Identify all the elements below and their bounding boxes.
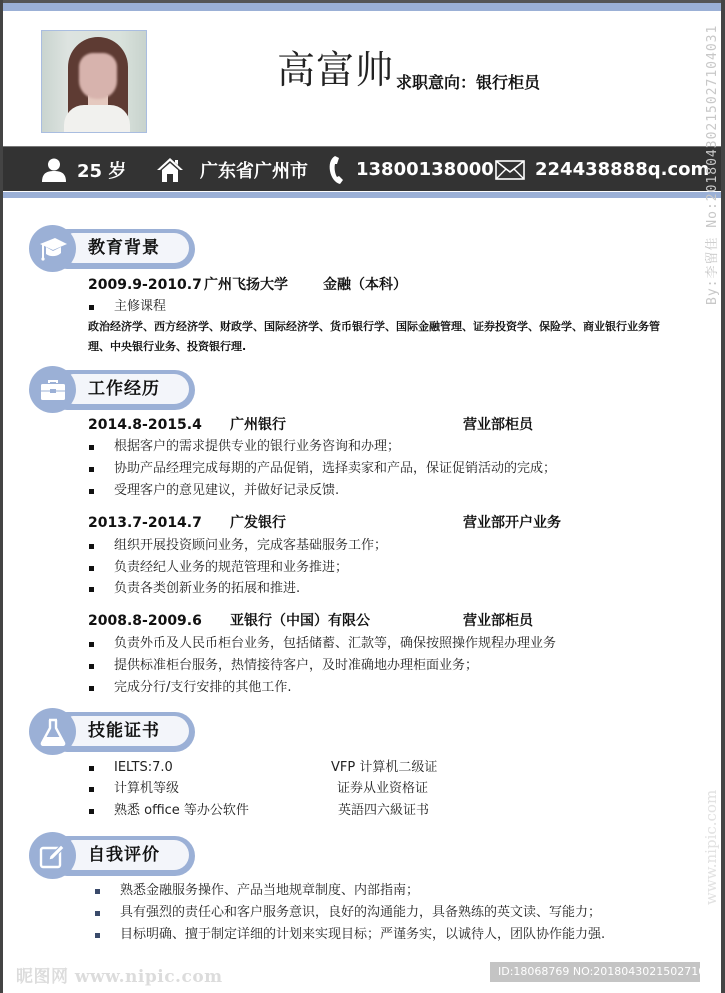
work-position: 营业部柜员 bbox=[463, 416, 533, 434]
contact-bar: 25 岁 广东省广州市 13800138000 224438888q.com bbox=[3, 146, 721, 191]
education-period: 2009.9-2010.7 bbox=[88, 276, 202, 294]
section-header-skills: 技能证书 bbox=[29, 708, 199, 756]
work-period: 2014.8-2015.4 bbox=[88, 416, 202, 434]
section-header-education: 教育背景 bbox=[29, 225, 199, 273]
email-text: 224438888q.com bbox=[535, 159, 709, 180]
skill-item-right: 英語四六級证书 bbox=[338, 802, 429, 820]
watermark-vertical-top: By:李留佳 No:20180430215027104031 bbox=[699, 20, 719, 320]
photo-dress bbox=[64, 105, 130, 133]
home-icon bbox=[156, 157, 184, 183]
work-period: 2008.8-2009.6 bbox=[88, 612, 202, 630]
skill-item-right: 证券从业资格证 bbox=[337, 780, 428, 798]
profile-photo bbox=[41, 30, 147, 133]
courses-line-2: 理、中央银行业务、投资银行理. bbox=[88, 337, 663, 357]
briefcase-icon bbox=[40, 379, 66, 401]
contact-email: 224438888q.com bbox=[495, 147, 709, 192]
age-text: 25 岁 bbox=[77, 157, 126, 183]
phone-icon bbox=[329, 155, 347, 185]
section-title-self-eval: 自我评价 bbox=[88, 842, 160, 868]
watermark-bottom-left: 昵图网 www.nipic.com bbox=[16, 962, 223, 987]
phone-text: 13800138000 bbox=[356, 159, 494, 180]
education-courses: 政治经济学、西方经济学、财政学、国际经济学、货币银行学、国际金融管理、证券投资学… bbox=[88, 317, 663, 357]
work-position: 营业部柜员 bbox=[463, 612, 533, 630]
flask-icon bbox=[40, 718, 66, 746]
person-icon bbox=[41, 158, 67, 182]
section-title-education: 教育背景 bbox=[88, 235, 160, 261]
work-position: 营业部开户业务 bbox=[463, 514, 561, 532]
contact-phone: 13800138000 bbox=[329, 147, 494, 192]
section-title-skills: 技能证书 bbox=[88, 718, 160, 744]
graduation-cap-icon bbox=[38, 236, 68, 262]
location-text: 广东省广州市 bbox=[200, 157, 308, 183]
work-company: 广发银行 bbox=[230, 514, 286, 532]
edit-icon bbox=[39, 842, 67, 870]
work-company: 广州银行 bbox=[230, 416, 286, 434]
watermark-vertical-bottom: www.nipic.com bbox=[702, 785, 725, 803]
education-school: 广州飞扬大学 bbox=[204, 276, 288, 294]
contact-age: 25 岁 bbox=[41, 147, 126, 192]
education-major: 金融（本科） bbox=[323, 276, 407, 294]
page-frame-right bbox=[721, 0, 725, 993]
contact-bar-accent-strip bbox=[3, 192, 721, 198]
photo-face-blurred bbox=[79, 53, 117, 99]
work-company: 亚银行（中国）有限公 bbox=[230, 612, 370, 630]
section-header-work: 工作经历 bbox=[29, 366, 199, 414]
work-period: 2013.7-2014.7 bbox=[88, 514, 202, 532]
candidate-name: 高富帅 bbox=[277, 47, 394, 93]
top-accent-band bbox=[3, 3, 721, 11]
watermark-bottom-id: ID:18068769 NO:20180430215027104031 bbox=[490, 962, 700, 982]
job-intent: 求职意向：银行柜员 bbox=[396, 72, 540, 94]
courses-line-1: 政治经济学、西方经济学、财政学、国际经济学、货币银行学、国际金融管理、证券投资学… bbox=[88, 317, 663, 337]
skill-item-right: VFP 计算机二级证 bbox=[331, 759, 437, 777]
section-title-work: 工作经历 bbox=[88, 376, 160, 402]
section-header-self-eval: 自我评价 bbox=[29, 832, 199, 880]
mail-icon bbox=[495, 160, 525, 180]
contact-location: 广东省广州市 bbox=[156, 147, 308, 192]
